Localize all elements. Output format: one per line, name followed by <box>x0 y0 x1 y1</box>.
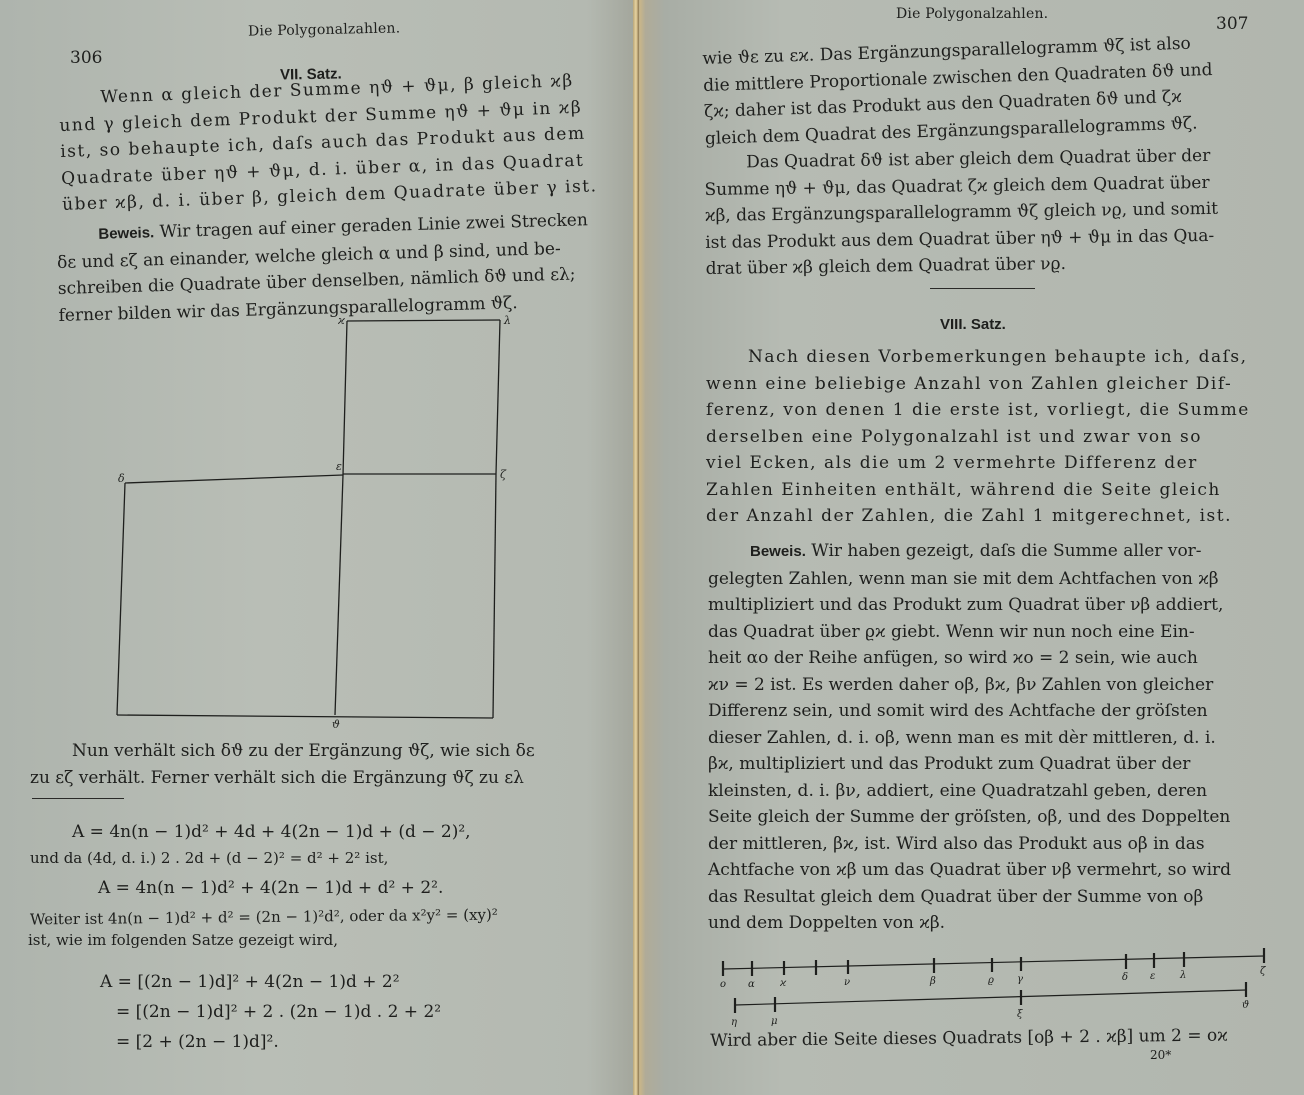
label-delta: δ <box>1122 972 1128 983</box>
after-diagram-text: Nun verhält sich δϑ zu der Ergänzung ϑζ,… <box>30 738 584 791</box>
label-zeta: ζ <box>1260 966 1266 977</box>
text-line: derselben eine Polygonalzahl ist und zwa… <box>706 424 1272 451</box>
running-head: Die Polygonalzahlen. <box>248 20 401 39</box>
footnote-formula: A = 4n(n − 1)d² + 4(2n − 1)d + d² + 2². <box>98 876 443 901</box>
text-line: der mittleren, βϰ, ist. Wird also das Pr… <box>708 831 1272 858</box>
text-line: Zahlen Einheiten enthält, während die Se… <box>706 477 1272 504</box>
label-nu: ν <box>844 977 850 988</box>
text-line: Wird aber die Seite dieses Quadrats [oβ … <box>710 1022 1270 1054</box>
text-line: dieser Zahlen, d. i. oβ, wenn man es mit… <box>708 725 1272 752</box>
text-line: viel Ecken, als die um 2 vermehrte Diffe… <box>706 450 1272 477</box>
label-rho: ϱ <box>988 975 994 986</box>
label-xi: ξ <box>1017 1009 1023 1020</box>
signature-mark: 20* <box>1150 1048 1171 1062</box>
text-line: wenn eine beliebige Anzahl von Zahlen gl… <box>706 371 1272 398</box>
footnote-formula: = [(2n − 1)d]² + 2 . (2n − 1)d . 2 + 2² <box>116 1000 441 1025</box>
theorem-text: Wenn α gleich der Summe ηϑ + ϑμ, β gleic… <box>58 67 598 218</box>
label-theta: ϑ <box>1242 1000 1249 1011</box>
text-line: und dem Doppelten von ϰβ. <box>708 910 1272 937</box>
text-line: Wir haben gezeigt, daſs die Summe aller … <box>811 541 1201 561</box>
text-line: gelegten Zahlen, wenn man sie mit dem Ac… <box>708 566 1272 593</box>
text-line: das Quadrat über ϱϰ giebt. Wenn wir nun … <box>708 619 1272 646</box>
footnote-text: ist, wie im folgenden Satze gezeigt wird… <box>28 928 338 953</box>
book-gutter <box>633 0 639 1095</box>
left-page: Die Polygonalzahlen. 306 VII. Satz. Wenn… <box>0 0 630 1095</box>
text-line: Nun verhält sich δϑ zu der Ergänzung ϑζ,… <box>30 738 584 765</box>
right-page: Die Polygonalzahlen. 307 wie ϑε zu εϰ. D… <box>650 0 1304 1095</box>
text-line: heit αo der Reihe anfügen, so wird ϰo = … <box>708 645 1272 672</box>
text-line: zu εζ verhält. Ferner verhält sich die E… <box>30 765 584 792</box>
label-kappa: ϰ <box>779 978 787 989</box>
text-line: kleinsten, d. i. βν, addiert, eine Quadr… <box>708 778 1272 805</box>
running-head: Die Polygonalzahlen. <box>896 6 1048 22</box>
last-line: Wird aber die Seite dieses Quadrats [oβ … <box>710 1022 1270 1054</box>
section-rule <box>930 288 1035 289</box>
text-line: ferenz, von denen 1 die erste ist, vorli… <box>706 397 1272 424</box>
label-kappa: ϰ <box>337 314 345 327</box>
footnote-formula: A = 4n(n − 1)d² + 4d + 4(2n − 1)d + (d −… <box>72 820 471 845</box>
text-line: Seite gleich der Summe der gröſsten, oβ,… <box>708 804 1272 831</box>
page-number: 306 <box>70 48 102 68</box>
text-line: Achtfache von ϰβ um das Quadrat über νβ … <box>708 857 1272 884</box>
label-eta: η <box>731 1017 737 1027</box>
footnote-formula: A = [(2n − 1)d]² + 4(2n − 1)d + 2² <box>100 970 400 995</box>
label-mu: μ <box>771 1016 778 1027</box>
continuation-text: wie ϑε zu εϰ. Das Ergänzungsparallelogra… <box>702 29 1259 152</box>
label-epsilon: ε <box>1150 971 1155 982</box>
text-line: Nach diesen Vorbemerkungen behaupte ich,… <box>706 344 1272 371</box>
label-o: o <box>720 979 726 990</box>
label-alpha: α <box>748 979 755 990</box>
label-zeta: ζ <box>500 468 507 481</box>
proof-text: Beweis. Wir haben gezeigt, daſs die Summ… <box>708 538 1272 937</box>
label-lambda: λ <box>1179 970 1186 981</box>
footnote-formula: = [2 + (2n − 1)d]². <box>116 1030 279 1055</box>
paragraph: Das Quadrat δϑ ist aber gleich dem Quadr… <box>704 142 1262 282</box>
footnote-rule <box>32 798 124 799</box>
text-line: Differenz sein, und somit wird des Achtf… <box>708 698 1272 725</box>
proof-label: Beweis. <box>98 224 154 243</box>
squares-diagram: ϰ λ ε δ ζ ϑ <box>110 310 530 730</box>
footnote-text: und da (4d, d. i.) 2 . 2d + (d − 2)² = d… <box>30 846 388 871</box>
proof-label: Beweis. <box>750 543 806 560</box>
text-line: das Resultat gleich dem Quadrat über der… <box>708 884 1272 911</box>
line-segments-diagram: o α ϰ ν β ϱ γ δ ε λ ζ η μ ξ ϑ <box>716 942 1276 1027</box>
label-epsilon: ε <box>336 460 342 473</box>
theorem-text: Nach diesen Vorbemerkungen behaupte ich,… <box>706 344 1272 530</box>
label-lambda: λ <box>503 314 511 327</box>
label-delta: δ <box>118 472 125 485</box>
text-line: der Anzahl der Zahlen, die Zahl 1 mitger… <box>706 503 1272 530</box>
label-theta: ϑ <box>332 718 340 730</box>
text-line: multipliziert und das Produkt zum Quadra… <box>708 592 1272 619</box>
text-line: βϰ, multipliziert und das Produkt zum Qu… <box>708 751 1272 778</box>
theorem-heading: VIII. Satz. <box>940 316 1006 333</box>
label-beta: β <box>929 976 936 987</box>
text-line: ϰν = 2 ist. Es werden daher oβ, βϰ, βν Z… <box>708 672 1272 699</box>
label-gamma: γ <box>1017 974 1023 985</box>
